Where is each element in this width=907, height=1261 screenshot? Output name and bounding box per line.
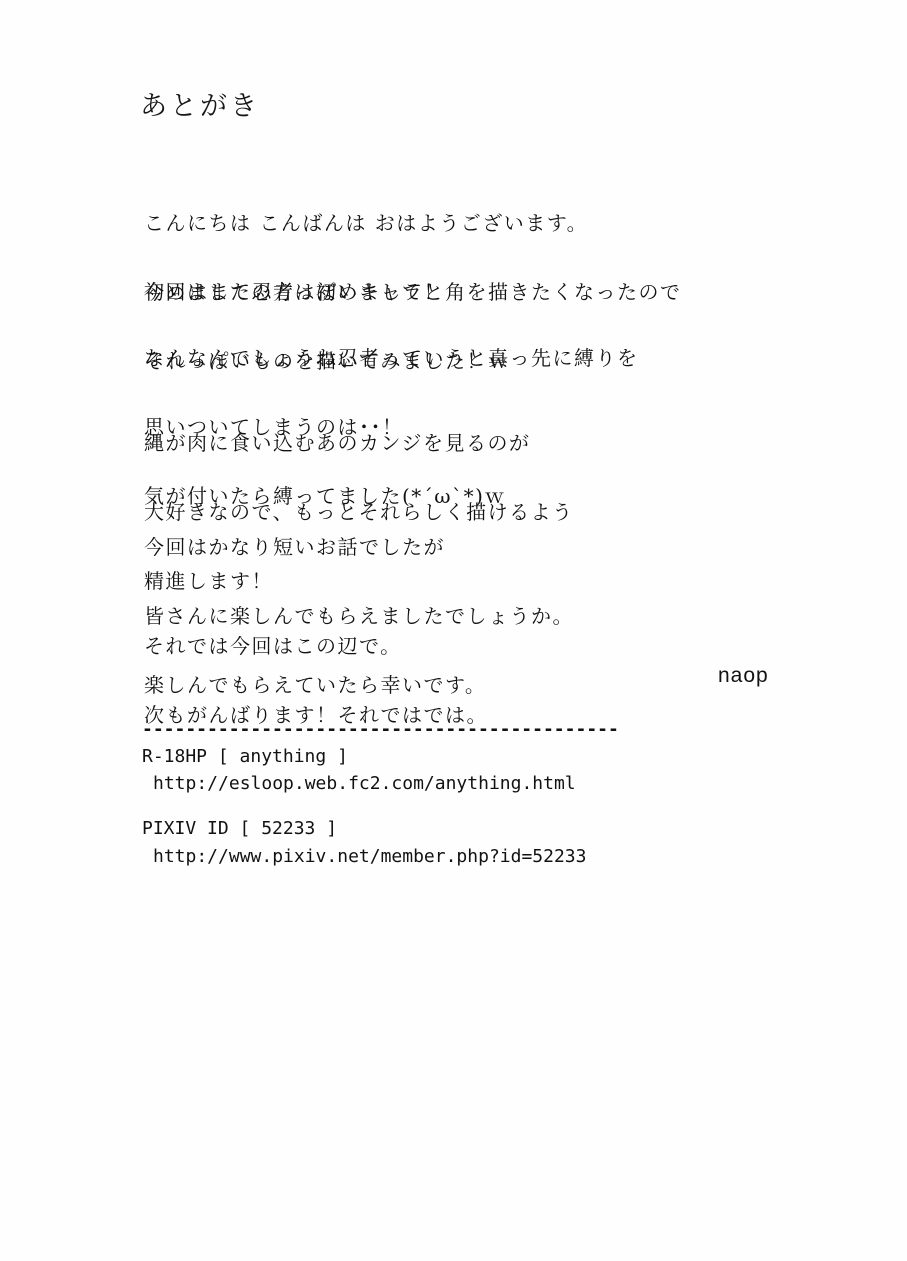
author-signature: naop xyxy=(718,664,769,688)
text-line: 今回はかなり短いお話でしたが xyxy=(144,536,574,559)
pixiv-id-label: PIXIV ID [ 52233 ] xyxy=(142,818,337,840)
text-line: それでは今回はこの辺で。 xyxy=(144,635,488,658)
afterword-page: あとがき こんにちは こんばんは おはようございます。 初めましての方は初めまし… xyxy=(0,0,907,1261)
divider-dashed-line: ----------------------------------------… xyxy=(142,719,619,741)
page-title: あとがき xyxy=(140,84,260,123)
text-line: こんにちは こんばんは おはようございます。 xyxy=(144,212,588,235)
hp-site-url: http://esloop.web.fc2.com/anything.html xyxy=(153,773,576,795)
text-line: 縄が肉に食い込むあのカンジを見るのが xyxy=(144,432,574,455)
pixiv-profile-url: http://www.pixiv.net/member.php?id=52233 xyxy=(153,846,586,868)
hp-site-label: R-18HP [ anything ] xyxy=(142,746,348,768)
text-line: なんなんでしょうね忍者っていうと真っ先に縛りを xyxy=(144,347,639,370)
